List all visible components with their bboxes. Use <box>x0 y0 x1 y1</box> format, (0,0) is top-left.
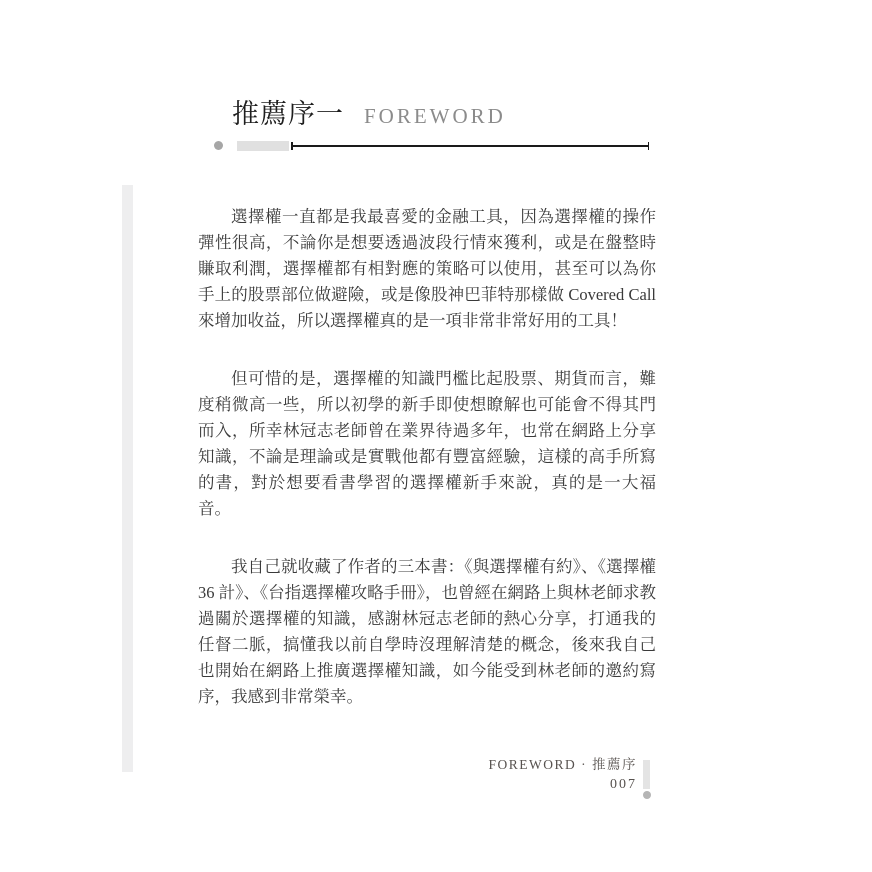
chapter-title-zh: 推薦序一 <box>232 92 344 131</box>
foreword-body: 選擇權一直都是我最喜愛的金融工具，因為選擇權的操作彈性很高，不論你是想要透過波段… <box>198 204 656 710</box>
foreword-paragraph-3: 我自己就收藏了作者的三本書：《與選擇權有約》、《選擇權 36 計》、《台指選擇權… <box>198 554 656 710</box>
footer-edge-dot <box>643 791 651 799</box>
running-footer-label: FOREWORD · 推薦序 <box>489 753 638 773</box>
header-ornament-rect <box>237 141 289 151</box>
header-ornament-dot <box>214 141 223 150</box>
foreword-paragraph-1: 選擇權一直都是我最喜愛的金融工具，因為選擇權的操作彈性很高，不論你是想要透過波段… <box>198 204 656 334</box>
book-page: 推薦序一 FOREWORD 選擇權一直都是我最喜愛的金融工具，因為選擇權的操作彈… <box>0 0 872 872</box>
page-number: 007 <box>489 777 638 793</box>
footer-edge-bar <box>643 760 650 789</box>
header-rule <box>291 145 649 147</box>
page-edge-bar <box>122 185 133 772</box>
chapter-title-en: FOREWORD <box>364 104 506 129</box>
foreword-paragraph-2: 但可惜的是，選擇權的知識門檻比起股票、期貨而言，難度稍微高一些，所以初學的新手即… <box>198 366 656 522</box>
page-footer: FOREWORD · 推薦序 007 <box>489 753 638 793</box>
chapter-title: 推薦序一 FOREWORD <box>232 92 506 131</box>
